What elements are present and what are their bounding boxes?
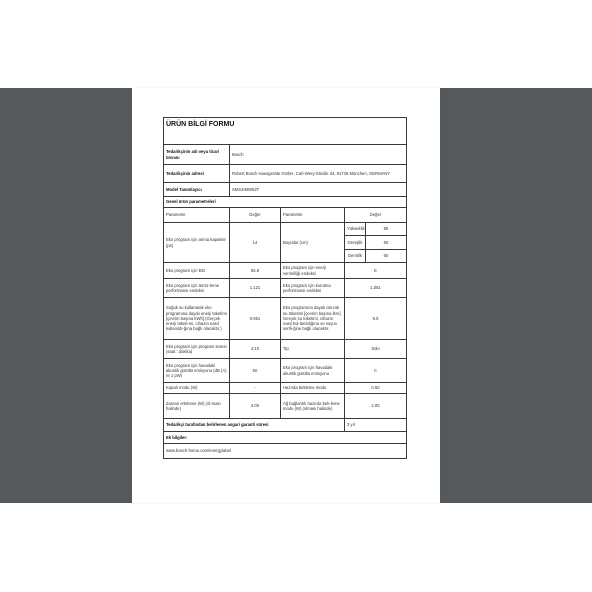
general-params-label: Genel ürün parametreleri (164, 197, 407, 208)
energy-label-url[interactable]: www.bosch-home.com/energylabel (164, 444, 407, 459)
param-value: 9.5 (345, 298, 407, 340)
param-value: - (230, 383, 281, 394)
param-label: Eko program için kurutma performansı end… (281, 279, 345, 298)
height-label: Yükseklik (345, 223, 366, 236)
supplier-address-label: Tedarikçinin adresi (164, 165, 230, 183)
param-value: Solo (345, 340, 407, 359)
table-row: Eko program için havadaki akustik gürült… (164, 359, 407, 383)
table-row: Soğuk su kullanarak eko programına dayal… (164, 298, 407, 340)
col-header-param-2: Parametre (281, 208, 345, 223)
param-label: Eko program için enerji verimliliği ende… (281, 263, 345, 279)
table-row: Eko program için program süresi (saat : … (164, 340, 407, 359)
param-value: 2.00 (345, 394, 407, 419)
dimensions-label: Boyutlar (cm) (281, 223, 345, 263)
extra-info-label: Ek bilgiler: (164, 432, 407, 444)
table-row: Eko program için temiz-leme performansı … (164, 279, 407, 298)
depth-label: Derinlik (345, 250, 366, 263)
warranty-value: 3 yıl (345, 419, 407, 432)
param-label: Hazırda bekleme modu (281, 383, 345, 394)
model-value: SMS4IMW62T (230, 183, 407, 197)
param-value: C (345, 359, 407, 383)
model-label: Model Tanımlayıcı (164, 183, 230, 197)
table-row: Kapalı modu (W) - Hazırda bekleme modu 0… (164, 383, 407, 394)
supplier-name-label: Tedarikçinin adı veya ticari ünvanı (164, 145, 230, 165)
col-header-param-1: Parametre (164, 208, 230, 223)
col-header-value-1: Değer (230, 208, 281, 223)
form-title: ÜRÜN BİLGİ FORMU (164, 118, 407, 145)
param-label: Eko program için temiz-leme performansı … (164, 279, 230, 298)
supplier-address: Robert Bosch Hausgeräte GmbH, Carl-Wery-… (230, 165, 407, 183)
depth-value: 60 (366, 250, 407, 263)
height-value: 85 (366, 223, 407, 236)
param-value: 1.061 (345, 279, 407, 298)
width-label: Genişlik (345, 236, 366, 250)
param-label: Eko program için havadaki akustik gürült… (281, 359, 345, 383)
product-info-form: ÜRÜN BİLGİ FORMU Tedarikçinin adı veya t… (163, 117, 407, 459)
document-page: ÜRÜN BİLGİ FORMU Tedarikçinin adı veya t… (132, 88, 440, 503)
param-label: Kapalı modu (W) (164, 383, 230, 394)
param-value: E (345, 263, 407, 279)
warranty-label: Tedarikçi tarafından belirlenen asgari g… (164, 419, 345, 432)
param-label: Zaman erteleme (W) (ol-ması halinde) (164, 394, 230, 419)
param-value: 55.9 (230, 263, 281, 279)
capacity-label: Eko program için anma kapasite (ps) (164, 223, 230, 263)
param-value: 4:10 (230, 340, 281, 359)
table-row: Eko program için EEI 55.9 Eko program iç… (164, 263, 407, 279)
param-label: Eko program için havadaki akustik gürült… (164, 359, 230, 383)
param-label: Ağ bağlantılı hazırda bek-leme modu (W) … (281, 394, 345, 419)
param-value: 0.50 (345, 383, 407, 394)
col-header-value-2: Değer (345, 208, 407, 223)
param-label: Eko program için program süresi (saat : … (164, 340, 230, 359)
capacity-value: 14 (230, 223, 281, 263)
param-value: 0.951 (230, 298, 281, 340)
param-label: Tip (281, 340, 345, 359)
param-value: 1.121 (230, 279, 281, 298)
param-label: Soğuk su kullanarak eko programına dayal… (164, 298, 230, 340)
param-value: 50 (230, 359, 281, 383)
param-value: 4.00 (230, 394, 281, 419)
table-row: Zaman erteleme (W) (ol-ması halinde) 4.0… (164, 394, 407, 419)
param-label: Eko program için EEI (164, 263, 230, 279)
supplier-name: Bosch (230, 145, 407, 165)
param-label: Eko programına dayalı ola-rak su tüketim… (281, 298, 345, 340)
width-value: 60 (366, 236, 407, 250)
